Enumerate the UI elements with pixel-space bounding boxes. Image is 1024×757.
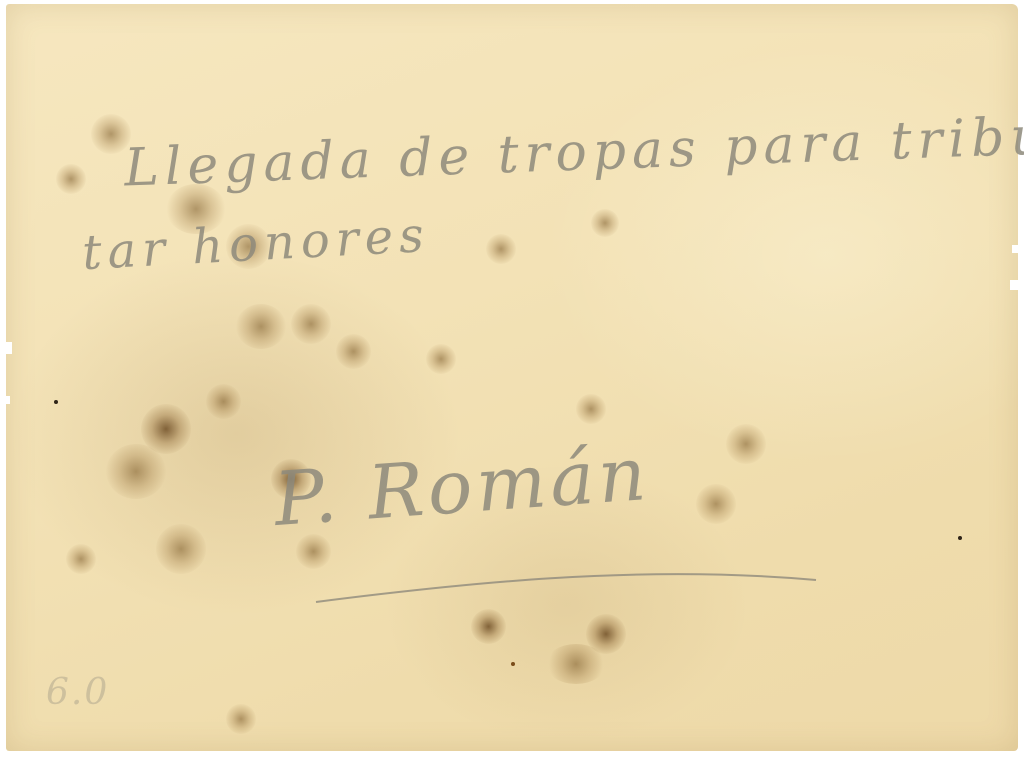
corner-note: 6.0 bbox=[46, 672, 109, 713]
foxing-spot bbox=[696, 484, 736, 524]
foxing-spot bbox=[426, 344, 456, 374]
torn-edge-notch bbox=[0, 342, 12, 354]
torn-edge-notch bbox=[0, 396, 10, 404]
foxing-spot bbox=[206, 384, 241, 419]
foxing-spot bbox=[236, 304, 286, 349]
foxing-spot bbox=[546, 644, 606, 684]
paper-card: Llegada de tropas para tribu- tar honore… bbox=[6, 4, 1018, 751]
foxing-spot bbox=[291, 304, 331, 344]
foxing-spot bbox=[66, 544, 96, 574]
ink-dot bbox=[511, 662, 515, 666]
foxing-spot bbox=[591, 209, 619, 237]
foxing-spot bbox=[726, 424, 766, 464]
inscription-line-1: Llegada de tropas para tribu- bbox=[123, 105, 1024, 198]
torn-edge-notch bbox=[1010, 280, 1024, 290]
foxing-spot bbox=[486, 234, 516, 264]
foxing-spot bbox=[471, 609, 506, 644]
ink-dot bbox=[54, 400, 58, 404]
inscription-line-2: tar honores bbox=[81, 207, 431, 281]
signature-underline-icon bbox=[306, 544, 826, 614]
foxing-spot bbox=[56, 164, 86, 194]
foxing-spot bbox=[106, 444, 166, 499]
foxing-spot bbox=[576, 394, 606, 424]
signature: P. Román bbox=[271, 431, 652, 543]
torn-edge-notch bbox=[1012, 245, 1024, 253]
foxing-spot bbox=[226, 704, 256, 734]
foxing-spot bbox=[156, 524, 206, 574]
ink-dot bbox=[958, 536, 962, 540]
foxing-spot bbox=[336, 334, 371, 369]
